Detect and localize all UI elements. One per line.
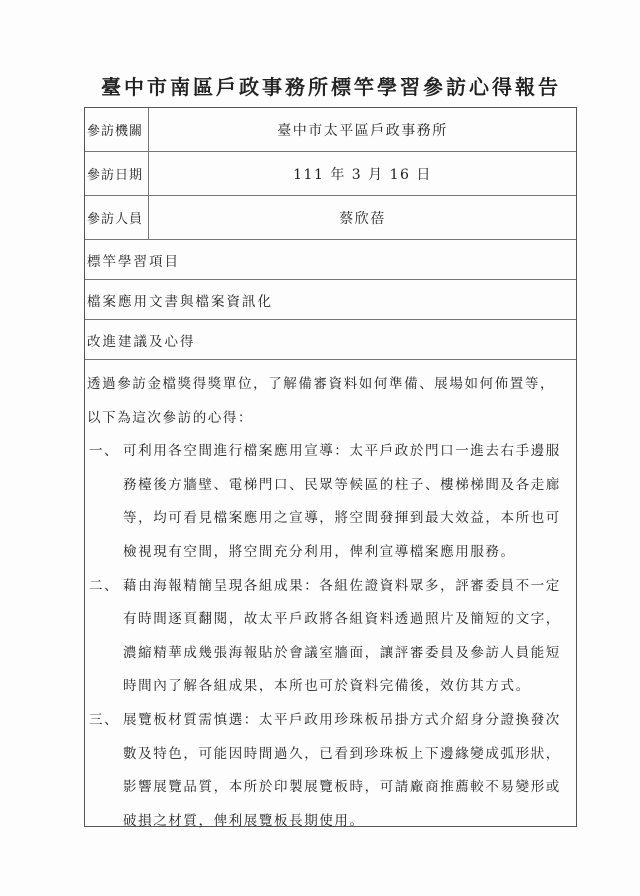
info-row-visit-agency: 參訪機關 臺中市太平區戶政事務所 [85,108,576,152]
document-title: 臺中市南區戶政事務所標竿學習參訪心得報告 [84,74,578,100]
section-row-benchmark-items: 標竿學習項目 [85,240,576,280]
body-row: 透過參訪金檔獎得獎單位，了解備審資料如何準備、展場如何佈置等，以下為這次參訪的心… [85,360,576,826]
reflection-body: 透過參訪金檔獎得獎單位，了解備審資料如何準備、展場如何佈置等，以下為這次參訪的心… [85,360,576,826]
report-table: 參訪機關 臺中市太平區戶政事務所 參訪日期 111 年 3 月 16 日 參訪人… [84,107,577,827]
section-heading-benchmark-items: 標竿學習項目 [85,240,576,279]
list-item: 一、 可利用各空間進行檔案應用宣導：太平戶政於門口一進去右手邊服務檯後方牆壁、電… [87,435,570,569]
list-item-number: 一、 [87,435,123,569]
info-row-visit-date: 參訪日期 111 年 3 月 16 日 [85,152,576,196]
section-row-benchmark-topic: 檔案應用文書與檔案資訊化 [85,280,576,320]
value-visit-agency: 臺中市太平區戶政事務所 [149,108,576,151]
list-item: 二、 藉由海報精簡呈現各組成果：各組佐證資料眾多，評審委員不一定有時間逐頁翻閱，… [87,570,570,704]
document-page: 臺中市南區戶政事務所標竿學習參訪心得報告 參訪機關 臺中市太平區戶政事務所 參訪… [0,0,640,896]
value-visitor: 蔡欣蓓 [149,196,576,239]
section-heading-suggestions: 改進建議及心得 [85,320,576,359]
intro-paragraph: 透過參訪金檔獎得獎單位，了解備審資料如何準備、展場如何佈置等，以下為這次參訪的心… [87,368,570,435]
list-item-text: 展覽板材質需慎選：太平戶政用珍珠板吊掛方式介紹身分證換發次數及特色，可能因時間過… [123,704,570,838]
benchmark-topic: 檔案應用文書與檔案資訊化 [85,280,576,319]
section-row-suggestions: 改進建議及心得 [85,320,576,360]
list-item: 三、 展覽板材質需慎選：太平戶政用珍珠板吊掛方式介紹身分證換發次數及特色，可能因… [87,704,570,838]
list-item-number: 二、 [87,570,123,704]
list-item-text: 藉由海報精簡呈現各組成果：各組佐證資料眾多，評審委員不一定有時間逐頁翻閱，故太平… [123,570,570,704]
list-item-number: 三、 [87,704,123,838]
list-item-text: 可利用各空間進行檔案應用宣導：太平戶政於門口一進去右手邊服務檯後方牆壁、電梯門口… [123,435,570,569]
label-visit-date: 參訪日期 [85,152,149,195]
info-row-visitor: 參訪人員 蔡欣蓓 [85,196,576,240]
label-visit-agency: 參訪機關 [85,108,149,151]
value-visit-date: 111 年 3 月 16 日 [149,152,576,195]
label-visitor: 參訪人員 [85,196,149,239]
